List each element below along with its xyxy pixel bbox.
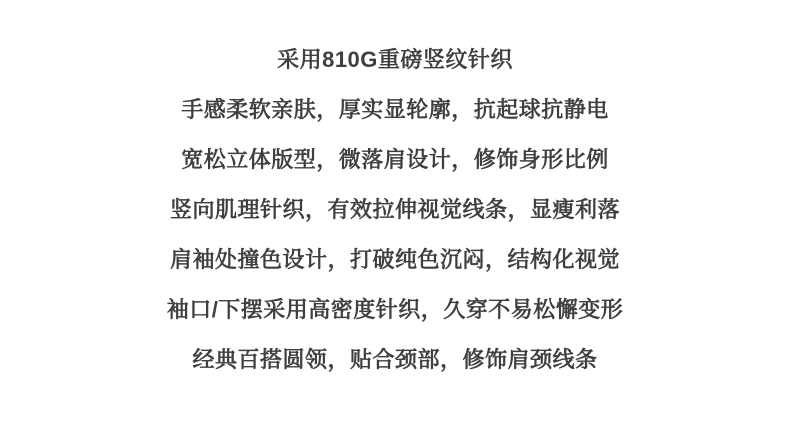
- feature-line-fit: 宽松立体版型，微落肩设计，修饰身形比例: [0, 135, 790, 185]
- feature-line-vertical-knit: 竖向肌理针织，有效拉伸视觉线条，显瘦利落: [0, 185, 790, 235]
- feature-text-block: 采用810G重磅竖纹针织 手感柔软亲肤，厚实显轮廓，抗起球抗静电 宽松立体版型，…: [0, 35, 790, 385]
- product-description-page: 采用810G重磅竖纹针织 手感柔软亲肤，厚实显轮廓，抗起球抗静电 宽松立体版型，…: [0, 0, 790, 436]
- feature-line-hand-feel: 手感柔软亲肤，厚实显轮廓，抗起球抗静电: [0, 85, 790, 135]
- feature-line-collar: 经典百搭圆领，贴合颈部，修饰肩颈线条: [0, 335, 790, 385]
- feature-line-cuff-hem: 袖口/下摆采用高密度针织，久穿不易松懈变形: [0, 285, 790, 335]
- feature-line-contrast-color: 肩袖处撞色设计，打破纯色沉闷，结构化视觉: [0, 235, 790, 285]
- product-fabric-title: 采用810G重磅竖纹针织: [0, 35, 790, 85]
